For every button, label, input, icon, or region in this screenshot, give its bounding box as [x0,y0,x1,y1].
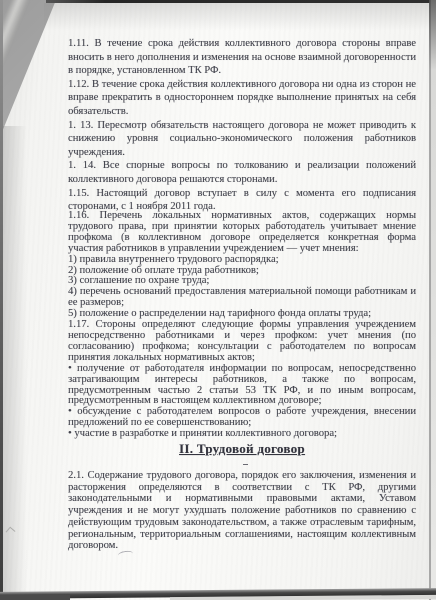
clause-2-1-block: 2.1. Содержание трудового договора, поря… [68,470,416,552]
clauses-1-11-to-1-15: 1.11. В течение срока действия коллектив… [68,37,416,214]
bullet-item-1: • получение от работодателя информации п… [68,364,416,408]
scanned-document: 1.11. В течение срока действия коллектив… [0,0,436,600]
clause-1-13: 1. 13. Пересмотр обязательств настоящего… [68,119,416,160]
clauses-1-16-to-1-17: 1.16. Перечень локальных нормативных акт… [68,211,416,440]
list-item-1: 1) правила внутреннего трудового распоря… [68,255,416,266]
list-item-4: 4) перечень оснований предоставления мат… [68,287,416,309]
clause-1-16: 1.16. Перечень локальных нормативных акт… [68,211,416,255]
clause-1-11: 1.11. В течение срока действия коллектив… [68,37,416,78]
section-2-heading: II. Трудовой договор [68,441,416,457]
right-edge-line [429,0,431,600]
bullet-item-3: • участие в разработке и принятии коллек… [68,429,416,440]
clause-2-1: 2.1. Содержание трудового договора, поря… [68,470,416,552]
right-edge-shadow [429,0,436,70]
bullet-item-2: • обсуждение с работодателем вопросов о … [68,407,416,429]
top-edge-shadow [44,3,436,31]
clause-1-17: 1.17. Стороны определяют следующие формы… [68,320,416,364]
scan-top-edge [46,0,436,3]
bottom-left-shadow [0,595,70,600]
stray-ink-mark [243,464,248,468]
clause-1-12: 1.12. В течение срока действия коллектив… [68,78,416,119]
clause-1-14: 1. 14. Все спорные вопросы по толкованию… [68,159,416,186]
